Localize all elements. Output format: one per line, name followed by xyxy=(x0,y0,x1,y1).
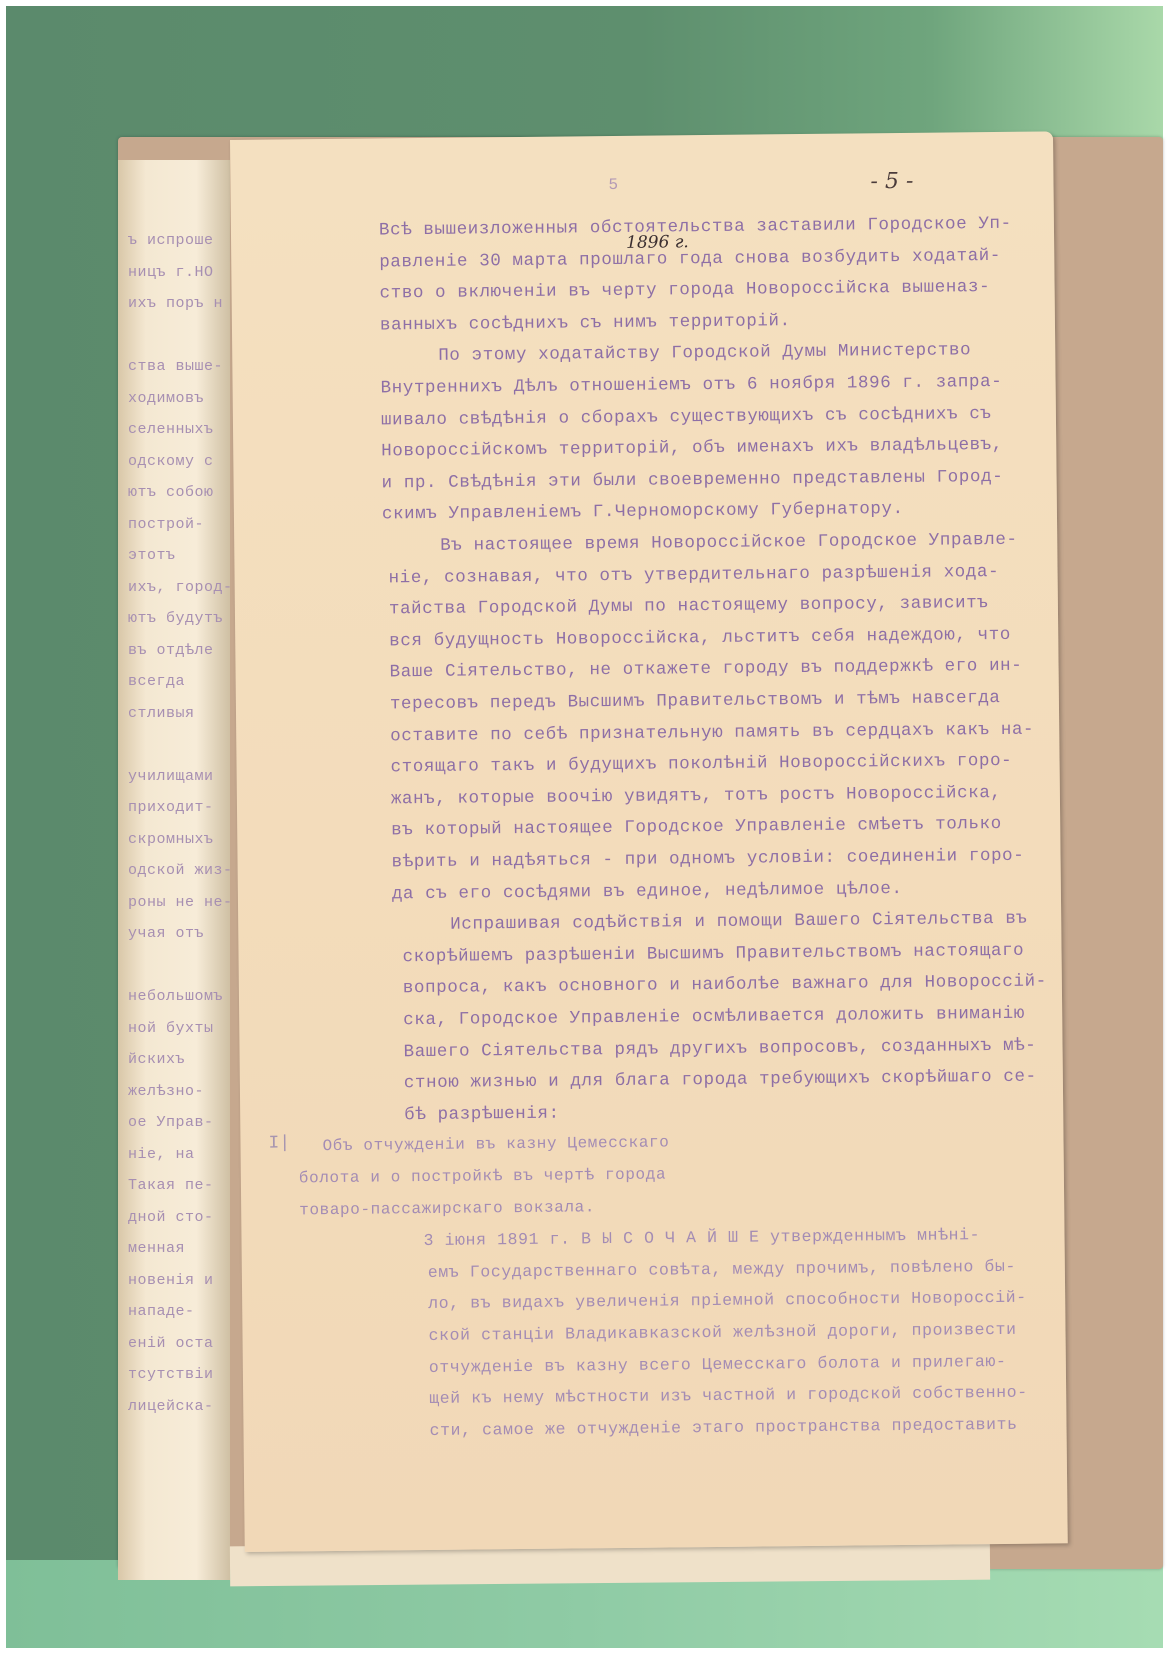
section-heading-line: Объ отчужденіи въ казну Цемесскаго xyxy=(322,1134,669,1156)
previous-page-fragment: желѣзно- xyxy=(128,1083,204,1100)
text-line: равленіе 30 марта прошлаго года снова во… xyxy=(379,246,1001,273)
document-page: 5 - 5 - 1896 г. I| Всѣ вышеизложенныя об… xyxy=(230,131,1068,1552)
previous-page-fragment: учая отъ xyxy=(128,925,204,942)
previous-page-fragment: въ отдѣле xyxy=(128,642,214,659)
text-line: Всѣ вышеизложенныя обстоятельства застав… xyxy=(379,214,1012,241)
text-line: ванныхъ сосѣднихъ съ нимъ территорій. xyxy=(380,311,791,335)
previous-page-fragment: менная xyxy=(128,1240,185,1257)
text-line: Внутреннихъ Дѣлъ отношеніемъ отъ 6 ноябр… xyxy=(381,372,1003,399)
section-body-line: ской станціи Владикавказской желѣзной до… xyxy=(428,1320,1016,1345)
text-line: Въ настоящее время Новороссійское Городс… xyxy=(440,530,1017,556)
text-line: вся будущность Новороссійска, льститъ се… xyxy=(389,625,1011,652)
text-line: бѣ разрѣшенія: xyxy=(404,1103,560,1125)
previous-page-fragment: ства выше- xyxy=(128,358,223,375)
section-body-line: отчужденіе въ казну всего Цемесскаго бол… xyxy=(429,1352,1007,1377)
previous-page-fragment: приходит- xyxy=(128,799,214,816)
previous-page-fragment: ходимовъ xyxy=(128,390,204,407)
previous-page-fragment: тсутствіи xyxy=(128,1366,214,1383)
section-marker: I| xyxy=(268,1134,290,1154)
previous-page-fragment: этотъ xyxy=(128,547,176,564)
previous-page-fragment: скромныхъ xyxy=(128,831,214,848)
text-line: скимъ Управленіемъ Г.Черноморскому Губер… xyxy=(382,499,904,524)
text-line: ство о включеніи въ черту города Новорос… xyxy=(380,277,991,303)
previous-page-fragment: дной сто- xyxy=(128,1209,214,1226)
previous-page-fragment: ихъ, город- xyxy=(128,579,230,596)
section-body-line: ло, въ видахъ увеличенія пріемной способ… xyxy=(428,1288,1027,1313)
previous-page-fragment: йскихъ xyxy=(128,1051,185,1068)
text-line: Испрашивая содѣйствія и помощи Вашего Сі… xyxy=(450,909,1027,935)
text-line: тересовъ передъ Высшимъ Правительствомъ … xyxy=(390,688,1001,714)
section-heading-line: болота и о постройкѣ въ чертѣ города xyxy=(299,1165,666,1187)
text-line: оставите по себѣ признательную память въ… xyxy=(390,719,1034,746)
text-line: ніе, сознавая, что отъ утвердительнаго р… xyxy=(388,562,999,588)
previous-page-fragment: ъ испроше xyxy=(128,232,214,249)
text-line: да съ его сосѣдями въ единое, недѣлимое … xyxy=(392,879,903,904)
previous-page-fragment: ихъ поръ н xyxy=(128,295,223,312)
previous-page-fragment: одской жиз- xyxy=(128,862,230,879)
text-line: и пр. Свѣдѣнія эти были своевременно пре… xyxy=(381,467,1003,494)
previous-page-fragment: ютъ собою xyxy=(128,484,214,501)
previous-page-fragment: училищами xyxy=(128,768,214,785)
previous-page-edge: ъ испрошеницъ г.НОихъ поръ нства выше-хо… xyxy=(118,160,230,1580)
section-body-line: 3 іюня 1891 г. В Ы С О Ч А Й Ш Е утвержд… xyxy=(423,1225,980,1250)
previous-page-fragment: селенныхъ xyxy=(128,421,214,438)
typed-page-number: 5 xyxy=(608,176,618,194)
previous-page-fragment: ютъ будутъ xyxy=(128,610,223,627)
previous-page-fragment: нападе- xyxy=(128,1303,195,1320)
previous-page-fragment: небольшомъ xyxy=(128,988,223,1005)
text-line: стною жизнью и для блага города требующи… xyxy=(404,1067,1037,1094)
text-line: вѣрить и надѣяться - при одномъ условіи:… xyxy=(391,846,1024,873)
text-line: Вашего Сіятельства рядъ другихъ вопросов… xyxy=(403,1035,1036,1062)
text-line: тайства Городской Думы по настоящему воп… xyxy=(389,593,989,619)
previous-page-fragment: ое Управ- xyxy=(128,1114,214,1131)
section-body-line: щей къ нему мѣстности изъ частной и горо… xyxy=(429,1383,1028,1408)
text-line: въ который настоящее Городское Управлені… xyxy=(391,814,1002,840)
previous-page-fragment: лицейска- xyxy=(128,1398,214,1415)
previous-page-fragment: ной бухты xyxy=(128,1020,214,1037)
text-line: скорѣйшемъ разрѣшеніи Высшимъ Правительс… xyxy=(402,941,1024,968)
text-line: жанъ, которые воочію увидятъ, тотъ ростъ… xyxy=(391,783,1002,809)
text-line: ска, Городское Управленіе осмѣливается д… xyxy=(403,1004,1025,1031)
previous-page-fragment: ницъ г.НО xyxy=(128,264,214,281)
handwritten-page-number: - 5 - xyxy=(870,169,913,194)
text-line: Новороссійскомъ территорій, объ именахъ … xyxy=(381,435,1003,462)
previous-page-fragment: еній оста xyxy=(128,1335,214,1352)
previous-page-fragment: новенія и xyxy=(128,1272,214,1289)
previous-page-fragment: всегда xyxy=(128,673,185,690)
text-line: шивало свѣдѣнія о сборахъ существующихъ … xyxy=(381,404,992,430)
previous-page-fragment: ніе, на xyxy=(128,1146,195,1163)
section-body-line: емъ Государственнаго совѣта, между прочи… xyxy=(428,1257,1016,1282)
previous-page-fragment: стливыя xyxy=(128,705,195,722)
previous-page-fragment: роны не не- xyxy=(128,894,230,911)
text-line: Ваше Сіятельство, не откажете городу въ … xyxy=(389,656,1022,683)
previous-page-fragment: построй- xyxy=(128,516,204,533)
text-line: вопроса, какъ основного и наиболѣе важна… xyxy=(403,972,1047,999)
section-body-line: сти, самое же отчужденіе этаго пространс… xyxy=(429,1415,1017,1440)
previous-page-fragment: Такая пе- xyxy=(128,1177,214,1194)
text-line: стоящаго такъ и будущихъ поколѣній Новор… xyxy=(390,751,1012,778)
text-line: По этому ходатайству Городской Думы Мини… xyxy=(438,341,971,367)
section-heading-line: товаро-пассажирскаго вокзала. xyxy=(299,1198,595,1219)
previous-page-fragment: одскому с xyxy=(128,453,214,470)
